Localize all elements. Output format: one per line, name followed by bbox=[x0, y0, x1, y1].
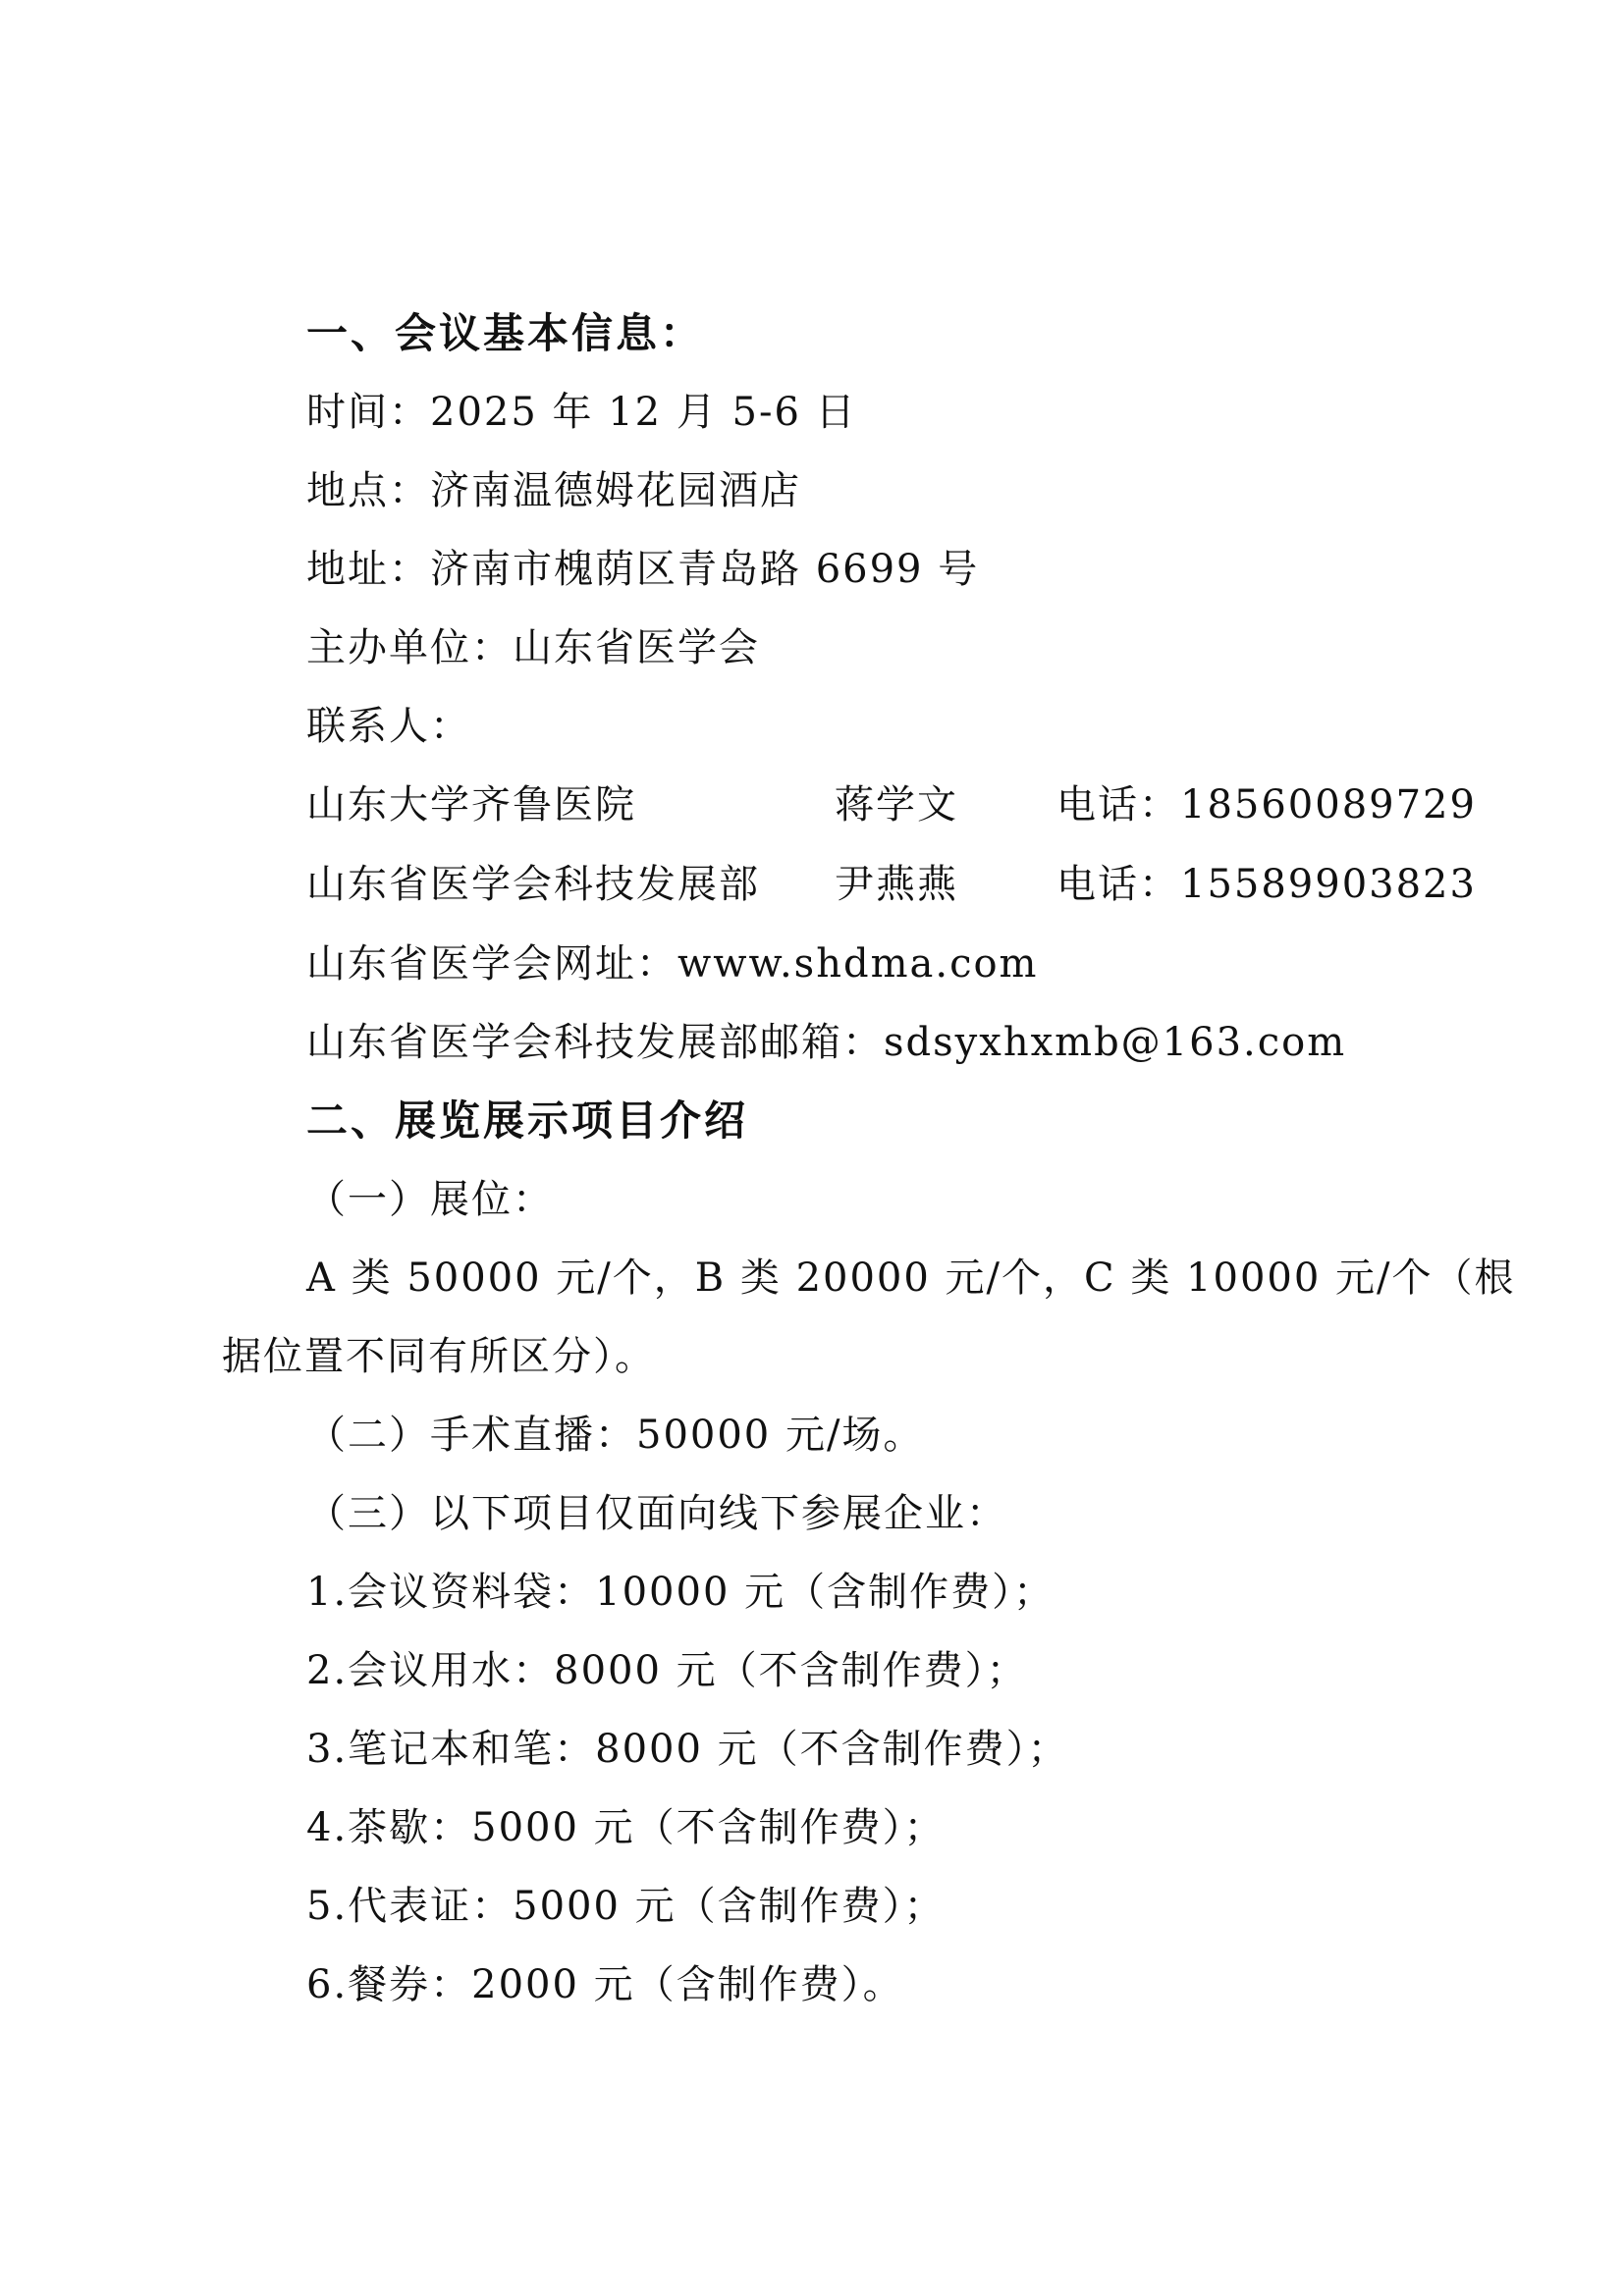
meeting-time: 时间：2025 年 12 月 5-6 日 bbox=[306, 389, 857, 436]
contact-name: 蒋学文 bbox=[835, 781, 958, 828]
list-item: 3.笔记本和笔：8000 元（不含制作费）； bbox=[306, 1726, 1069, 1773]
booth-desc-line1: A 类 50000 元/个，B 类 20000 元/个，C 类 10000 元/… bbox=[306, 1255, 1516, 1302]
document-page: 一、会议基本信息： 时间：2025 年 12 月 5-6 日 地点：济南温德姆花… bbox=[0, 0, 1624, 2296]
contact-name: 尹燕燕 bbox=[835, 861, 958, 908]
list-item: 1.会议资料袋：10000 元（含制作费）； bbox=[306, 1569, 1055, 1616]
website-line: 山东省医学会网址：www.shdma.com bbox=[306, 940, 1038, 988]
surgery-live: （二）手术直播：50000 元/场。 bbox=[306, 1412, 924, 1459]
email-line: 山东省医学会科技发展部邮箱：sdsyxhxmb@163.com bbox=[306, 1019, 1346, 1066]
list-item: 2.会议用水：8000 元（不含制作费）； bbox=[306, 1647, 1028, 1694]
contact-org: 山东大学齐鲁医院 bbox=[306, 781, 636, 828]
booth-title: （一）展位： bbox=[306, 1176, 554, 1223]
meeting-organizer: 主办单位：山东省医学会 bbox=[306, 624, 760, 671]
contacts-label: 联系人： bbox=[306, 703, 471, 750]
contact-phone: 电话：18560089729 bbox=[1056, 781, 1477, 828]
booth-desc-line2: 据位置不同有所区分）。 bbox=[222, 1333, 656, 1380]
list-item: 5.代表证：5000 元（含制作费）； bbox=[306, 1883, 946, 1930]
meeting-address: 地址：济南市槐荫区青岛路 6699 号 bbox=[306, 546, 979, 593]
offline-title: （三）以下项目仅面向线下参展企业： bbox=[306, 1490, 1007, 1537]
section1-heading: 一、会议基本信息： bbox=[306, 310, 704, 357]
contact-org: 山东省医学会科技发展部 bbox=[306, 861, 760, 908]
section2-heading: 二、展览展示项目介绍 bbox=[306, 1097, 748, 1145]
meeting-venue: 地点：济南温德姆花园酒店 bbox=[306, 467, 801, 514]
list-item: 4.茶歇：5000 元（不含制作费）； bbox=[306, 1804, 946, 1851]
contact-phone: 电话：15589903823 bbox=[1056, 861, 1477, 908]
list-item: 6.餐券：2000 元（含制作费）。 bbox=[306, 1961, 904, 2008]
